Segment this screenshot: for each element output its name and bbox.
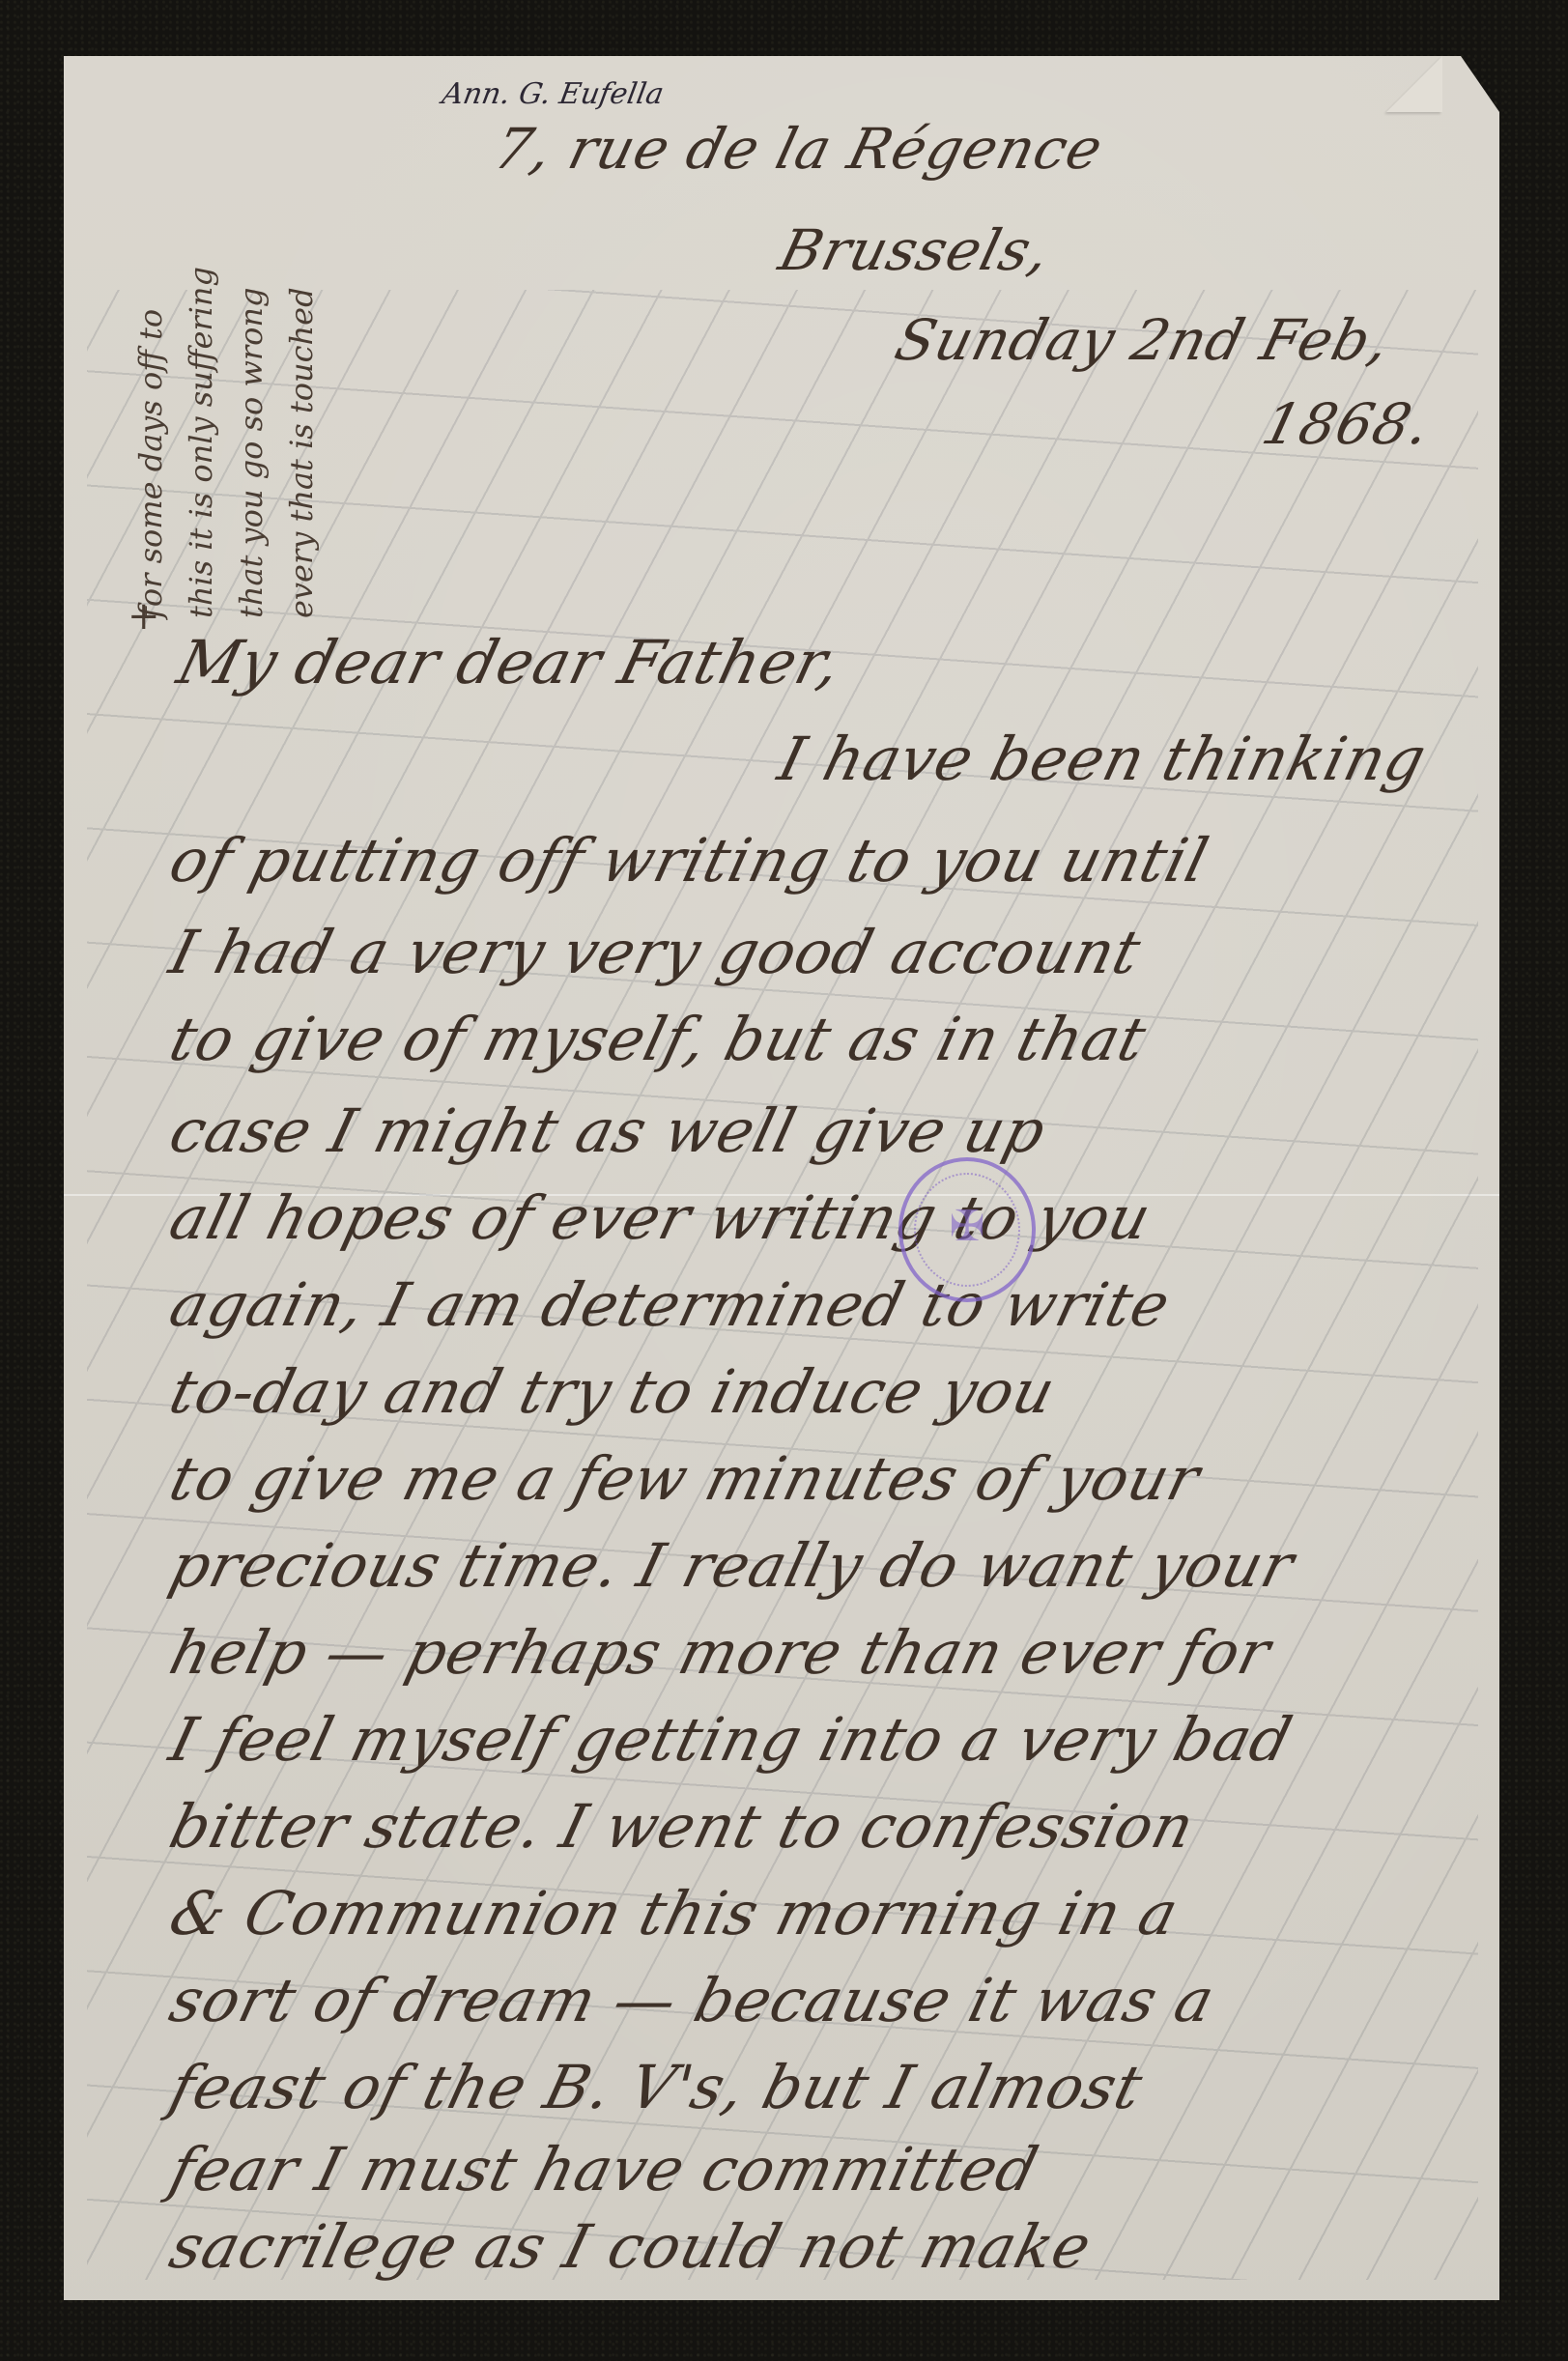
body-line: case I might as well give up <box>164 1101 1052 1161</box>
body-line: sort of dream — because it was a <box>164 1971 1220 2031</box>
salutation: My dear dear Father, <box>172 633 847 693</box>
body-line: again, I am determined to write <box>164 1275 1176 1335</box>
margin-note: for some days off to this it is only suf… <box>126 19 327 618</box>
body-line: I have been thinking <box>773 729 1432 789</box>
body-line: of putting off writing to you until <box>164 831 1214 891</box>
body-line: I feel myself getting into a very bad <box>164 1710 1298 1770</box>
eagle-emblem-icon: ✠ <box>902 1202 1032 1251</box>
body-line: help — perhaps more than ever for <box>164 1623 1276 1683</box>
city-line: Brussels, <box>773 217 1057 283</box>
body-line: fear I must have committed <box>164 2140 1044 2200</box>
margin-note-line: for some days off to <box>126 19 176 618</box>
margin-note-line: this it is only suffering <box>176 19 226 618</box>
body-line: bitter state. I went to confession <box>164 1797 1200 1857</box>
date-line: Sunday 2nd Feb, <box>889 307 1397 373</box>
margin-note-line: that you go so wrong <box>226 19 276 618</box>
archive-annotation: Ann. G. Eufella <box>440 77 667 111</box>
archive-stamp: ✠ <box>898 1157 1036 1302</box>
margin-note-line: every that is touched <box>276 19 327 618</box>
body-line: to-day and try to induce you <box>164 1362 1061 1422</box>
body-line: to give me a few minutes of your <box>164 1449 1206 1509</box>
folded-corner <box>1386 56 1442 112</box>
address-line: 7, rue de la Régence <box>488 116 1110 182</box>
year-line: 1868. <box>1256 391 1438 457</box>
body-line: I had a very very good account <box>164 923 1147 982</box>
body-line: sacrilege as I could not make <box>164 2217 1098 2277</box>
body-line: precious time. I really do want your <box>164 1536 1300 1596</box>
body-line: to give of myself, but as in that <box>164 1010 1153 1069</box>
body-line: feast of the B. V's, but I almost <box>164 2058 1149 2118</box>
body-line: & Communion this morning in a <box>164 1884 1184 1944</box>
